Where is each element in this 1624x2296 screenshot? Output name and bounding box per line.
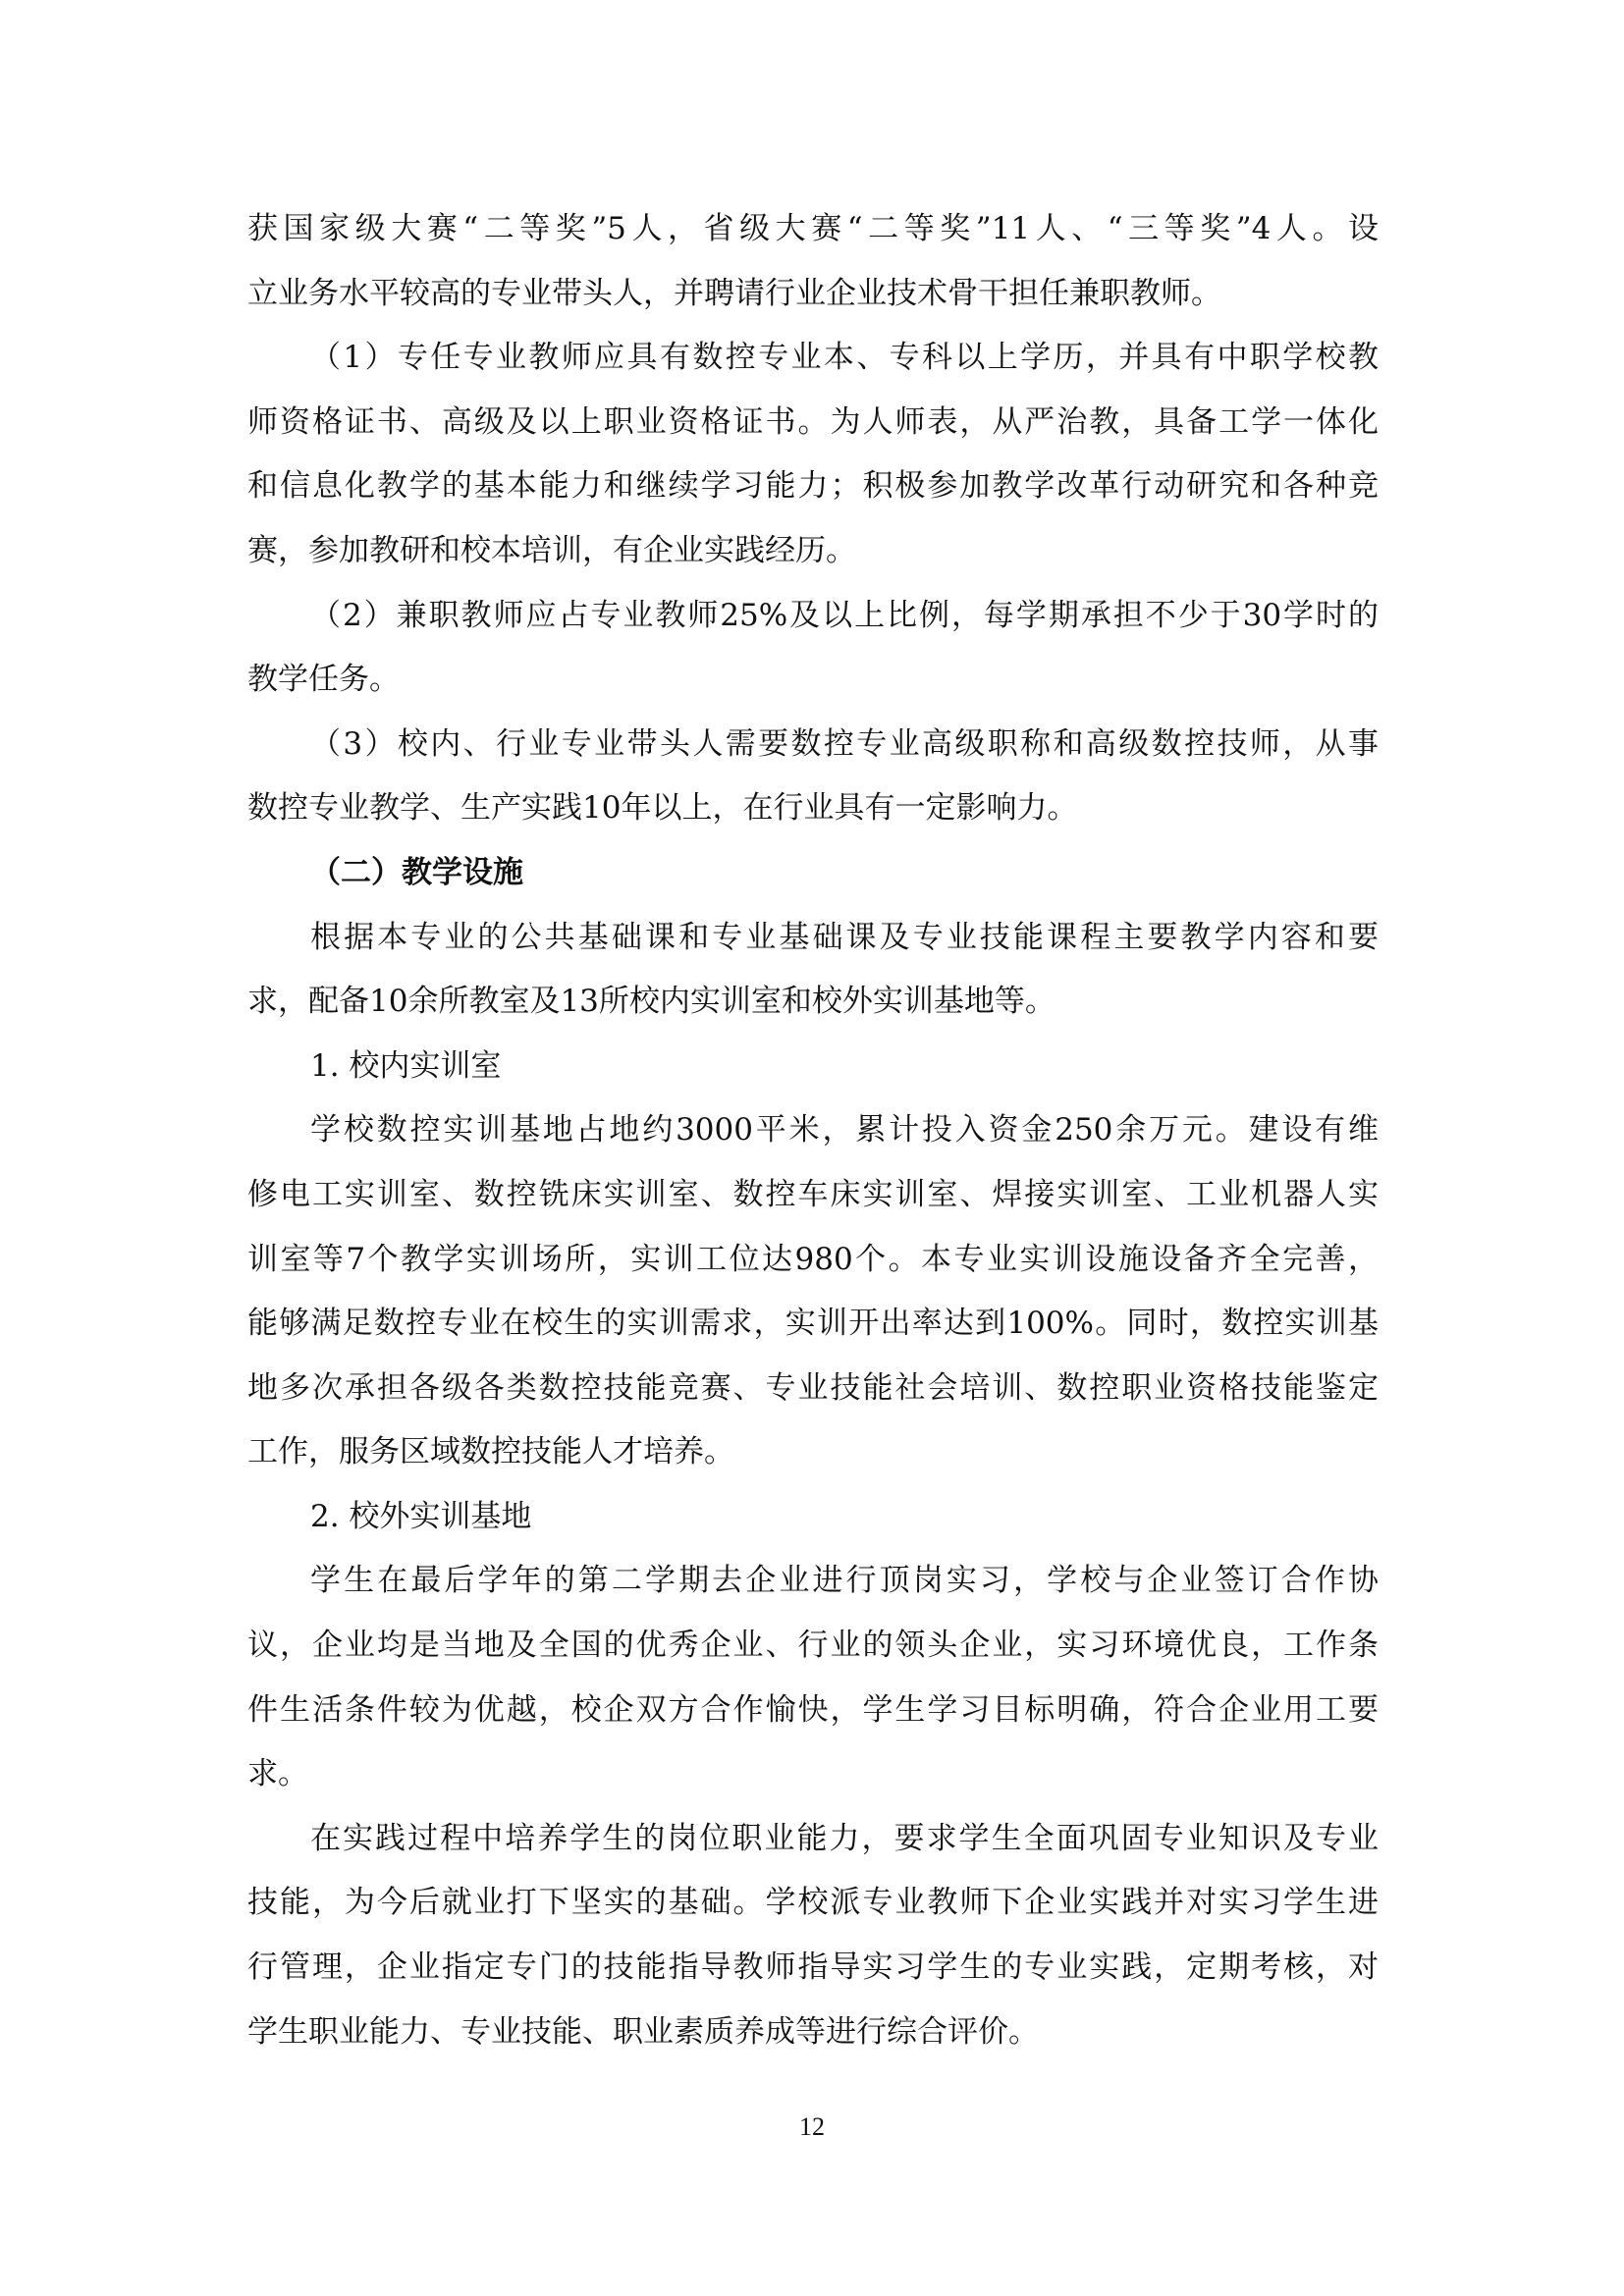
text-line: 教学任务。 <box>247 648 1379 713</box>
paragraph-start: 根据本专业的公共基础课和专业基础课及专业技能课程主要教学内容和要 <box>247 906 1379 971</box>
text-line: 工作，服务区域数控技能人才培养。 <box>247 1420 1379 1485</box>
text-line: 技能，为今后就业打下坚实的基础。学校派专业教师下企业实践并对实习学生进 <box>247 1871 1379 1936</box>
subheading-off-campus-training: 2. 校外实训基地 <box>247 1485 1379 1550</box>
text-line: 和信息化教学的基本能力和继续学习能力；积极参加教学改革行动研究和各种竞 <box>247 454 1379 519</box>
document-page: 获国家级大赛“二等奖”5人，省级大赛“二等奖”11人、“三等奖”4人。设 立业务… <box>0 0 1624 2296</box>
text-line: 求。 <box>247 1742 1379 1807</box>
document-body: 获国家级大赛“二等奖”5人，省级大赛“二等奖”11人、“三等奖”4人。设 立业务… <box>247 197 1379 2064</box>
text-line: 训室等7个教学实训场所，实训工位达980个。本专业实训设施设备齐全完善， <box>247 1228 1379 1293</box>
list-item-3: （3）校内、行业专业带头人需要数控专业高级职称和高级数控技师，从事 <box>247 713 1379 777</box>
text-line: 议，企业均是当地及全国的优秀企业、行业的领头企业，实习环境优良，工作条 <box>247 1614 1379 1679</box>
text-line: 能够满足数控专业在校生的实训需求，实训开出率达到100%。同时，数控实训基 <box>247 1292 1379 1357</box>
text-line: 学生职业能力、专业技能、职业素质养成等进行综合评价。 <box>247 2001 1379 2065</box>
text-line: 地多次承担各级各类数控技能竞赛、专业技能社会培训、数控职业资格技能鉴定 <box>247 1357 1379 1421</box>
text-line: 件生活条件较为优越，校企双方合作愉快，学生学习目标明确，符合企业用工要 <box>247 1679 1379 1743</box>
text-line: 获国家级大赛“二等奖”5人，省级大赛“二等奖”11人、“三等奖”4人。设 <box>247 197 1379 262</box>
paragraph-start: 学校数控实训基地占地约3000平米，累计投入资金250余万元。建设有维 <box>247 1098 1379 1163</box>
text-line: 数控专业教学、生产实践10年以上，在行业具有一定影响力。 <box>247 776 1379 841</box>
paragraph-start: 在实践过程中培养学生的岗位职业能力，要求学生全面巩固专业知识及专业 <box>247 1807 1379 1872</box>
section-heading-teaching-facilities: （二）教学设施 <box>247 841 1379 906</box>
list-item-2: （2）兼职教师应占专业教师25%及以上比例，每学期承担不少于30学时的 <box>247 584 1379 649</box>
text-line: 赛，参加教研和校本培训，有企业实践经历。 <box>247 519 1379 584</box>
text-line: 求，配备10余所教室及13所校内实训室和校外实训基地等。 <box>247 970 1379 1035</box>
paragraph-start: 学生在最后学年的第二学期去企业进行顶岗实习，学校与企业签订合作协 <box>247 1549 1379 1614</box>
text-line: 立业务水平较高的专业带头人，并聘请行业企业技术骨干担任兼职教师。 <box>247 262 1379 327</box>
text-line: 师资格证书、高级及以上职业资格证书。为人师表，从严治教，具备工学一体化 <box>247 391 1379 455</box>
text-line: 行管理，企业指定专门的技能指导教师指导实习学生的专业实践，定期考核，对 <box>247 1936 1379 2001</box>
subheading-on-campus-training: 1. 校内实训室 <box>247 1035 1379 1099</box>
page-number: 12 <box>0 2112 1624 2142</box>
text-line: 修电工实训室、数控铣床实训室、数控车床实训室、焊接实训室、工业机器人实 <box>247 1163 1379 1228</box>
list-item-1: （1）专任专业教师应具有数控专业本、专科以上学历，并具有中职学校教 <box>247 326 1379 391</box>
